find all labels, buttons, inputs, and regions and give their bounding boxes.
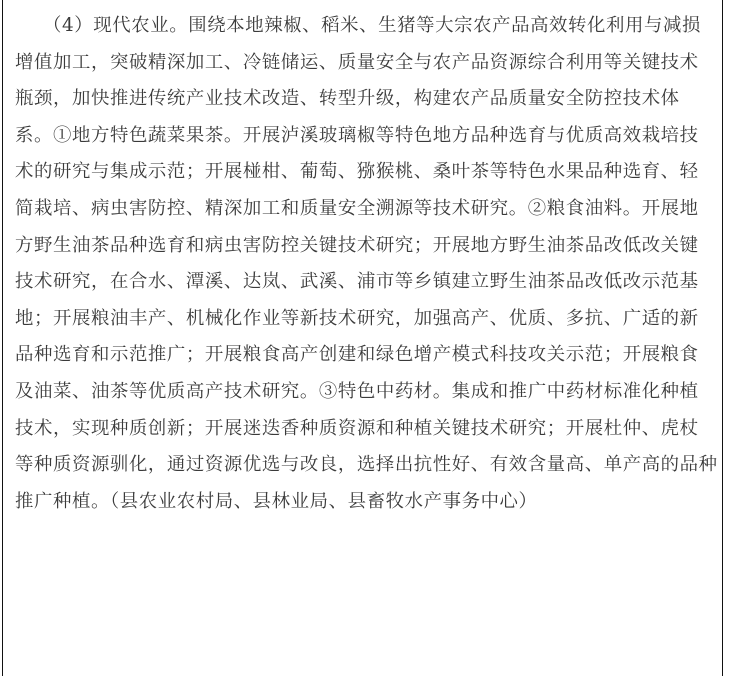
text-line-12: 技术，实现种质创新；开展迷迭香种质资源和种植关键技术研究；开展杜仲、虎杖 [15,411,721,448]
text-line-7: 方野生油茶品种选育和病虫害防控关键技术研究；开展地方野生油茶品改低改关键 [15,228,721,265]
text-line-9: 地；开展粮油丰产、机械化作业等新技术研究，加强高产、优质、多抗、广适的新 [15,301,721,338]
text-line-14: 推广种植。（县农业农村局、县林业局、县畜牧水产事务中心） [15,484,721,521]
text-line-2: 增值加工，突破精深加工、冷链储运、质量安全与农产品资源综合利用等关键技术 [15,45,721,82]
text-line-5: 术的研究与集成示范；开展椪柑、葡萄、猕猴桃、桑叶茶等特色水果品种选育、轻 [15,154,721,191]
text-line-4: 系。①地方特色蔬菜果茶。开展泸溪玻璃椒等特色地方品种选育与优质高效栽培技 [15,118,721,155]
text-line-3: 瓶颈，加快推进传统产业技术改造、转型升级，构建农产品质量安全防控技术体 [15,81,721,118]
text-line-1: （4）现代农业。围绕本地辣椒、稻米、生猪等大宗农产品高效转化利用与减损 [15,8,721,45]
document-frame: （4）现代农业。围绕本地辣椒、稻米、生猪等大宗农产品高效转化利用与减损 增值加工… [2,0,723,676]
text-line-13: 等种质资源驯化，通过资源优选与改良，选择出抗性好、有效含量高、单产高的品种 [15,447,721,484]
text-line-6: 简栽培、病虫害防控、精深加工和质量安全溯源等技术研究。②粮食油料。开展地 [15,191,721,228]
text-line-11: 及油菜、油茶等优质高产技术研究。③特色中药材。集成和推广中药材标准化种植 [15,374,721,411]
text-line-10: 品种选育和示范推广；开展粮食高产创建和绿色增产模式科技攻关示范；开展粮食 [15,337,721,374]
text-line-8: 技术研究，在合水、潭溪、达岚、武溪、浦市等乡镇建立野生油茶品改低改示范基 [15,264,721,301]
paragraph-modern-agriculture: （4）现代农业。围绕本地辣椒、稻米、生猪等大宗农产品高效转化利用与减损 增值加工… [15,8,721,520]
